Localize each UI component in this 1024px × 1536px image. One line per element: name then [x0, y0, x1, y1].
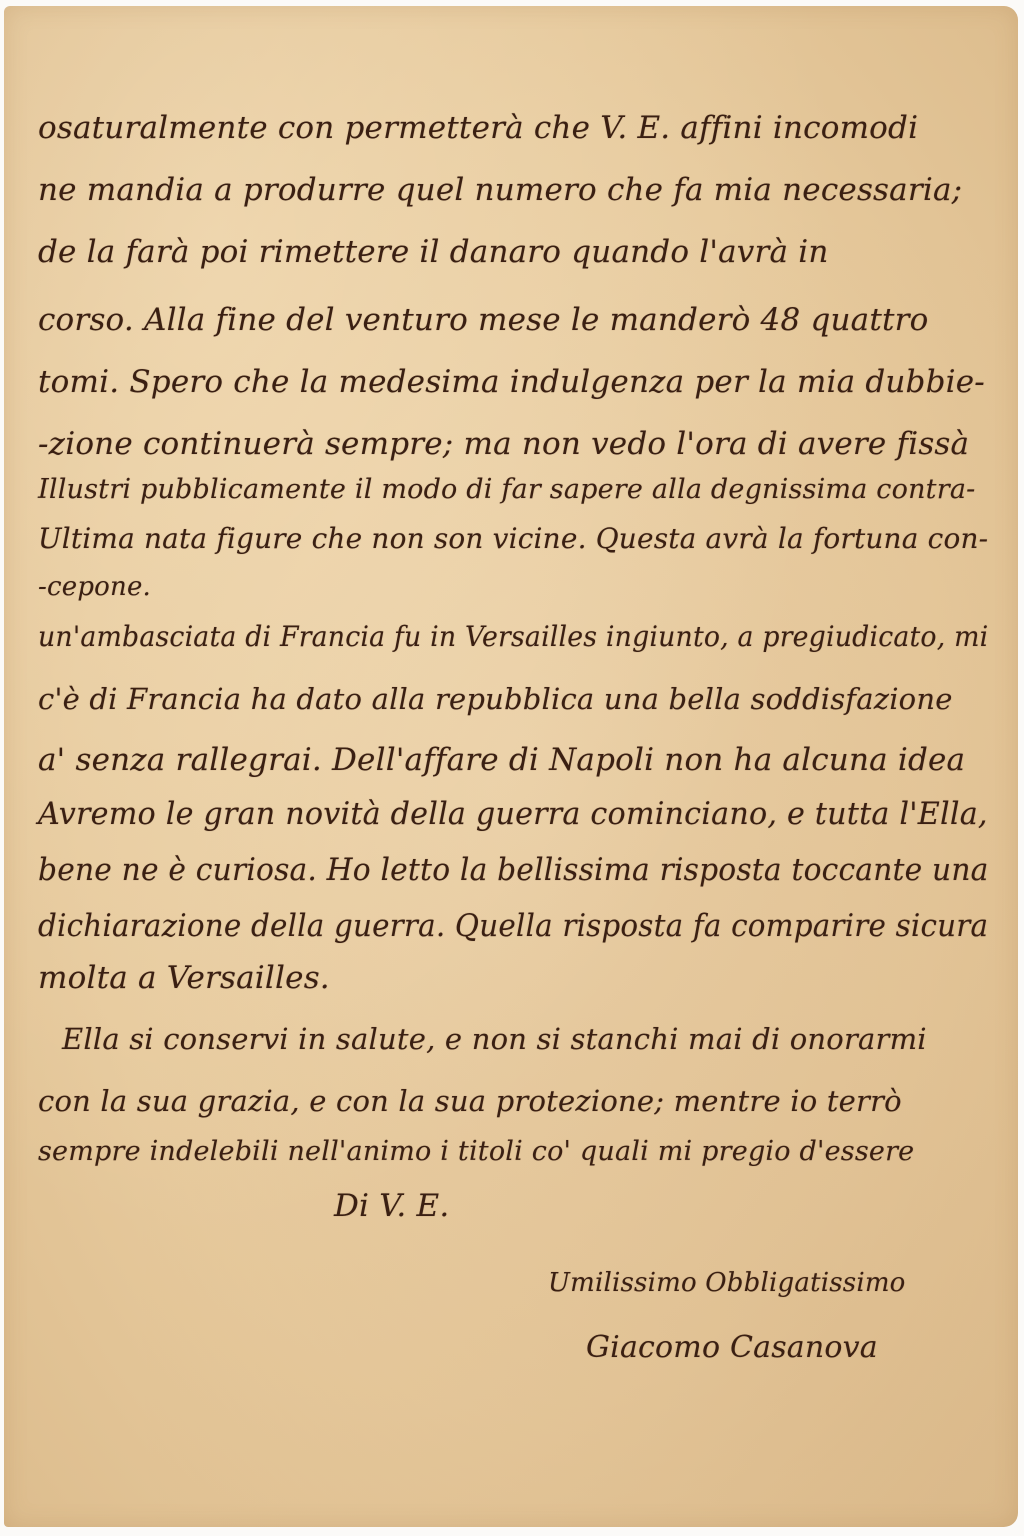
letter-line-8: Ultima nata figure che non son vicine. Q… [38, 522, 988, 555]
letter-line-15: dichiarazione della guerra. Quella rispo… [38, 908, 988, 944]
closing-line-2: con la sua grazia, e con la sua protezio… [38, 1084, 902, 1118]
letter-line-2: ne mandia a produrre quel numero che fa … [38, 172, 962, 208]
letter-line-14: bene ne è curiosa. Ho letto la bellissim… [38, 852, 989, 888]
letter-line-11: c'è di Francia ha dato alla repubblica u… [38, 682, 953, 716]
closing-line-1: Ella si conservi in salute, e non si sta… [62, 1022, 927, 1056]
letter-paper: osaturalmente con permetterà che V. E. a… [4, 6, 1018, 1527]
letter-line-10: un'ambasciata di Francia fu in Versaille… [38, 620, 988, 653]
letter-line-6: -zione continuerà sempre; ma non vedo l'… [38, 426, 969, 462]
letter-line-4: corso. Alla fine del venturo mese le man… [38, 302, 929, 338]
letter-line-16: molta a Versailles. [38, 960, 330, 996]
letter-line-7: Illustri pubblicamente il modo di far sa… [38, 474, 975, 505]
signature-name: Giacomo Casanova [586, 1330, 878, 1365]
letter-line-9: -cepone. [38, 572, 151, 602]
closing-line-3: sempre indelebili nell'animo i titoli co… [38, 1136, 914, 1167]
salutation: Di V. E. [334, 1188, 449, 1224]
letter-line-12: a' senza rallegrai. Dell'affare di Napol… [38, 742, 965, 778]
letter-line-13: Avremo le gran novità della guerra comin… [38, 796, 988, 832]
letter-line-5: tomi. Spero che la medesima indulgenza p… [38, 364, 985, 400]
letter-line-1: osaturalmente con permetterà che V. E. a… [38, 110, 918, 146]
letter-line-3: de la farà poi rimettere il danaro quand… [38, 234, 829, 270]
signature-formula: Umilissimo Obbligatissimo [548, 1268, 906, 1298]
